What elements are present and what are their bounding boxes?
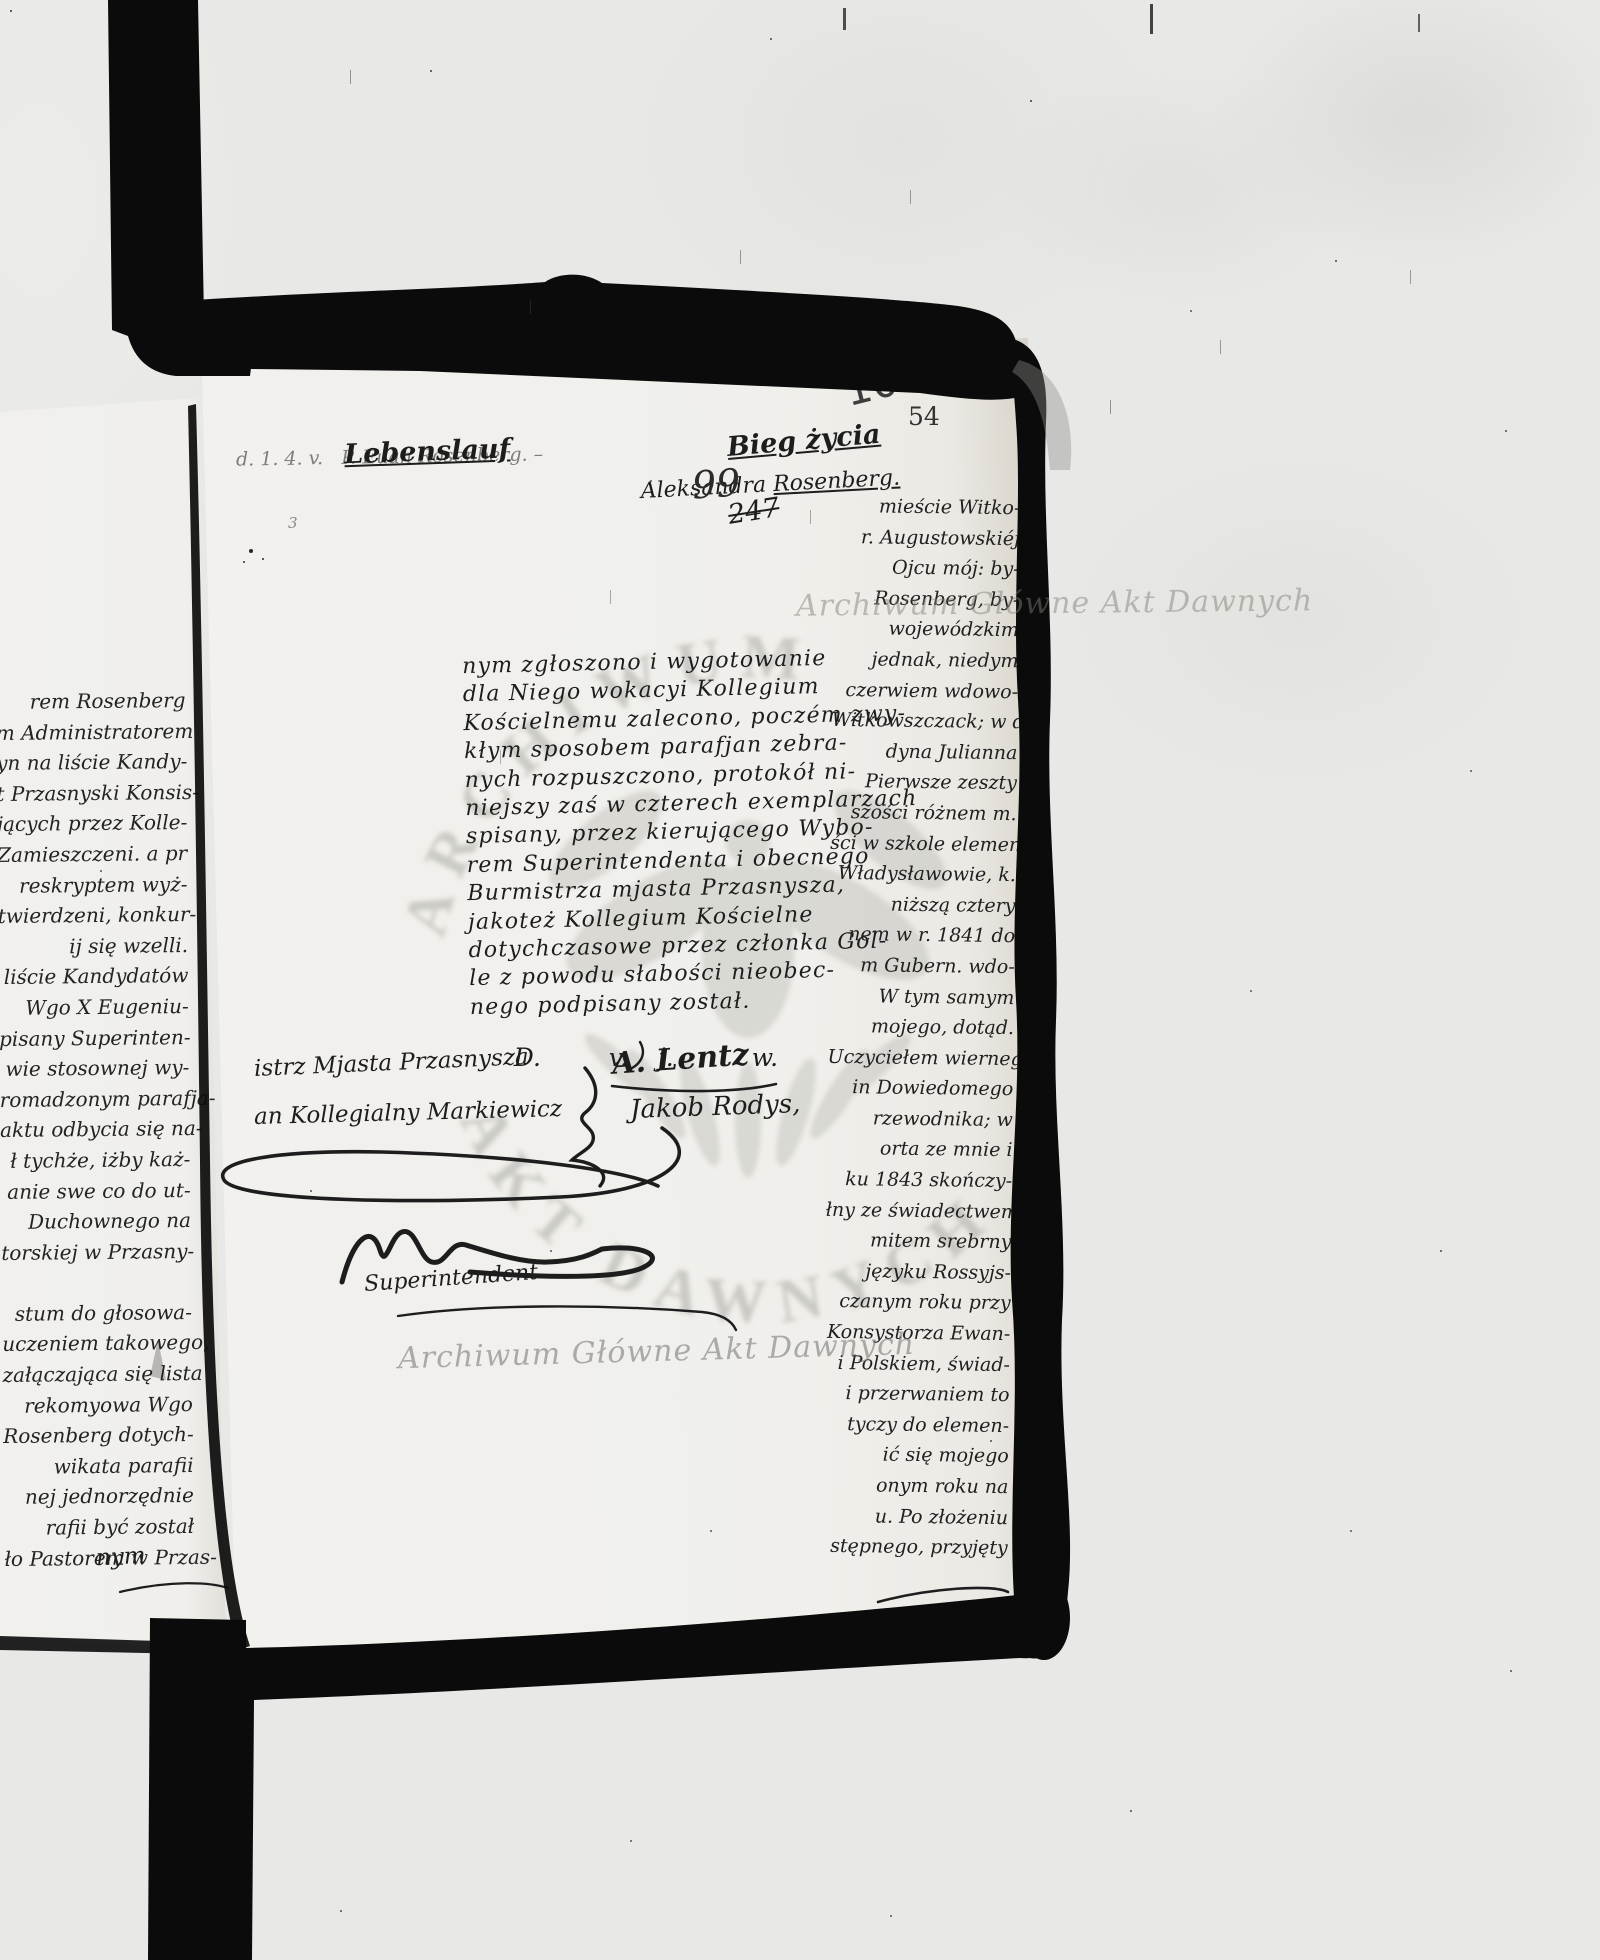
manuscript-line: stum do głosowa- (2, 1297, 192, 1330)
manuscript-line: jących przez Kolle- (0, 807, 187, 840)
manuscript-line: u. Po złożeniu (822, 1500, 1008, 1533)
folio-number-small: 54 (908, 402, 940, 431)
manuscript-line: Ojcu mój: by- (833, 552, 1019, 585)
manuscript-line: Wgo X Eugeniu- (0, 991, 189, 1024)
manuscript-line: mitem srebrny (825, 1225, 1011, 1258)
manuscript-line: r. Augustowskiéj (834, 521, 1020, 554)
manuscript-line: ł tychże, iżby każ- (0, 1144, 190, 1177)
manuscript-line: uczeniem takowego, (2, 1327, 192, 1360)
corner-mark: 3 (288, 514, 298, 532)
left-page-footer-word: nym (95, 1543, 146, 1572)
manuscript-line: orta ze mnie i (826, 1133, 1012, 1166)
manuscript-line: rem Rosenberg (0, 685, 186, 718)
manuscript-line: czerwiem wdowo- (832, 674, 1018, 707)
manuscript-line: rafii być został (4, 1511, 194, 1544)
manuscript-line: aktu odbycia się na- (0, 1113, 190, 1146)
manuscript-line: Duchownego na (1, 1205, 191, 1238)
manuscript-line: ij się wzelli. (0, 930, 188, 963)
manuscript-line: jednak, niedym (832, 644, 1018, 677)
manuscript-line: Pierwsze zeszty (831, 766, 1017, 799)
manuscript-line: Witkowszczack; w d. (832, 705, 1018, 738)
manuscript-line: wie stosownej wy- (0, 1052, 190, 1085)
manuscript-line: ić się mojego (823, 1439, 1009, 1472)
manuscript-line: i przerwaniem to (823, 1378, 1009, 1411)
manuscript-line: reskryptem wyż- (0, 869, 188, 902)
manuscript-line: onym roku na (822, 1470, 1008, 1503)
manuscript-line: Zamieszczeni. a pr (0, 838, 187, 871)
signature-rodys: Jakob Rodys, (630, 1089, 801, 1125)
manuscript-line: W tym samym (828, 980, 1014, 1013)
manuscript-line: pisany Superinten- (0, 1022, 189, 1055)
manuscript-line: torskiej w Przasny- (1, 1236, 191, 1269)
manuscript-line: nem w r. 1841 do (829, 919, 1015, 952)
manuscript-line: Władysławowie, k. (830, 858, 1016, 891)
manuscript-line: nej jednorzędnie (4, 1480, 194, 1513)
film-tick-2 (1150, 4, 1153, 34)
manuscript-line: łny ze świadectwem (826, 1195, 1012, 1228)
manuscript-line: ści w szkole elemen- (830, 827, 1016, 860)
manuscript-line: tyczy do elemen- (823, 1409, 1009, 1442)
manuscript-line: rekomyowa Wgo (3, 1389, 193, 1422)
manuscript-line: m Administratorem (0, 716, 186, 749)
film-edge-bar-top-left (108, 0, 252, 376)
manuscript-line: języku Rossyjs- (825, 1256, 1011, 1289)
manuscript-line: ku 1843 skończy- (826, 1164, 1012, 1197)
manuscript-line: rzewodnika; w (827, 1103, 1013, 1136)
manuscript-line: niższą cztery (829, 889, 1015, 922)
archival-scan: ARCHIWUM AKT DAWNYCH Lebenslauf d. 1. 4.… (0, 0, 1600, 1960)
manuscript-line: liście Kandydatów (0, 960, 189, 993)
manuscript-line: twierdzeni, konkur- (0, 899, 188, 932)
film-scratches (350, 70, 351, 84)
manuscript-line: szości różnem m. (830, 797, 1016, 830)
manuscript-line: in Dowiedomego (827, 1072, 1013, 1105)
manuscript-line: anie swe co do ut- (0, 1175, 190, 1208)
film-dust-speckles (10, 10, 12, 12)
archive-watermark-top: Archiwum Główne Akt Dawnych (796, 583, 1314, 623)
film-tick-1 (843, 8, 846, 30)
manuscript-line: mojego, dotąd. (828, 1011, 1014, 1044)
manuscript-line: stępnego, przyjęty (821, 1531, 1007, 1564)
manuscript-line: romadzonym parafja- (0, 1083, 190, 1116)
manuscript-line (1, 1266, 191, 1299)
manuscript-line: Uczyciełem wiernego (827, 1042, 1013, 1075)
manuscript-line: załączająca się lista (2, 1358, 192, 1391)
film-tick-3 (1418, 14, 1420, 32)
manuscript-line: t Przasnyski Konsis- (0, 777, 187, 810)
manuscript-line: m Gubern. wdo- (829, 950, 1015, 983)
manuscript-line: mieście Witko- (834, 491, 1020, 524)
right-column-fragments: mieście Witko-r. AugustowskiéjOjcu mój: … (821, 491, 1020, 1564)
manuscript-line: wikata parafii (3, 1450, 193, 1483)
left-page-fragments: rem Rosenbergm Administratoremyn na liśc… (0, 685, 195, 1574)
manuscript-line: yn na liście Kandy- (0, 746, 186, 779)
manuscript-line: dyna Julianna (831, 736, 1017, 769)
manuscript-line: Rosenberg dotych- (3, 1419, 193, 1452)
manuscript-line: czanym roku przy (824, 1286, 1010, 1319)
